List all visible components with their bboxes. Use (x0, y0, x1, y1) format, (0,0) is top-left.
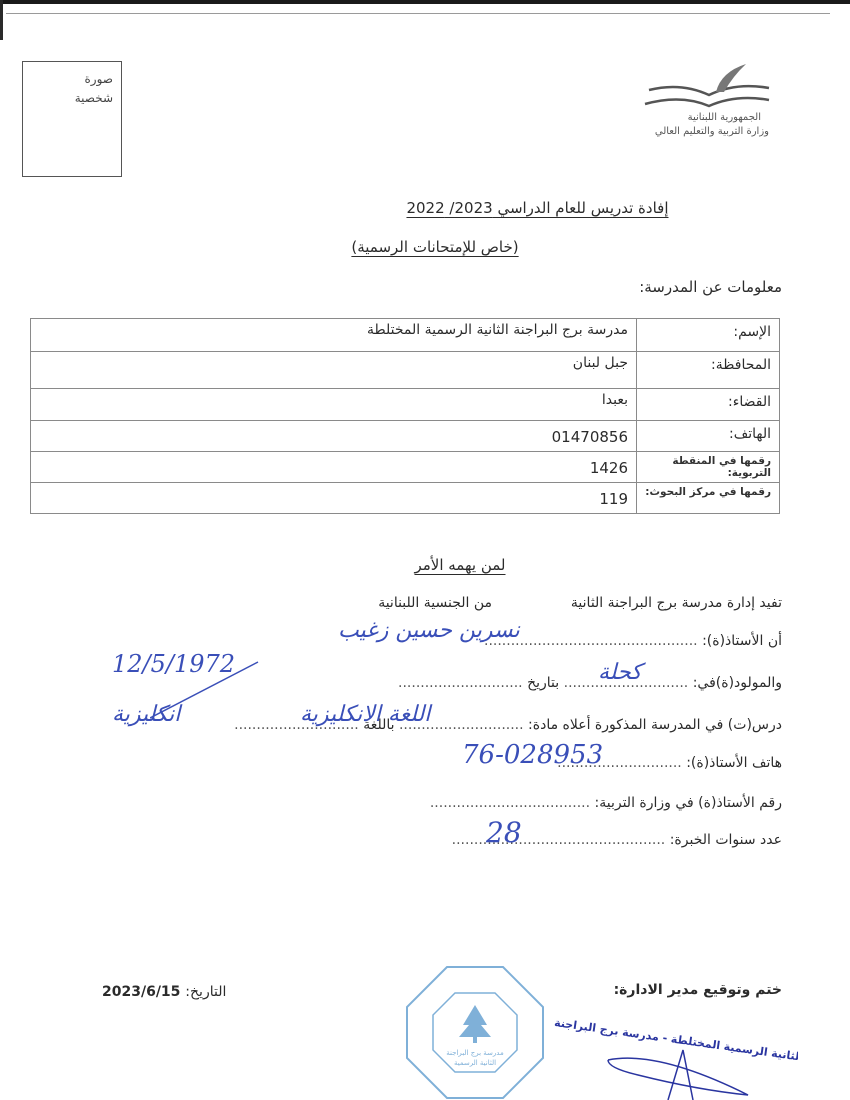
scan-edge-top (0, 0, 850, 4)
ministry-name-line1: الجمهورية اللبنانية (688, 112, 761, 123)
stamp-text: مدرسة برج البراجنة (446, 1049, 504, 1057)
language-handwritten: انكليزية (112, 702, 180, 727)
row-label: رقمها في مركز البحوث: (637, 483, 780, 514)
row-value: مدرسة برج البراجنة الثانية الرسمية المخت… (31, 319, 637, 352)
signature-label: ختم وتوقيع مدير الادارة: (614, 982, 782, 998)
row-value: 01470856 (31, 421, 637, 452)
row-value: بعبدا (31, 389, 637, 421)
birthplace-label: والمولود(ة)في: (693, 675, 782, 691)
ministry-logo: الجمهورية اللبنانية وزارة التربية والتعل… (635, 62, 795, 144)
photo-label-line1: صورة (75, 70, 113, 89)
subject-label: درس(ت) في المدرسة المذكورة أعلاه مادة: (528, 717, 782, 733)
birthdate-label: بتاريخ (527, 675, 559, 691)
open-book-icon (641, 62, 771, 110)
row-value: جبل لبنان (31, 352, 637, 389)
school-info-table: الإسم: مدرسة برج البراجنة الثانية الرسمي… (30, 318, 780, 514)
svg-text:الثانية الرسمية المختلطة - مدر: الثانية الرسمية المختلطة - مدرسة برج الب… (553, 1020, 798, 1065)
birth-line: والمولود(ة)في: .........................… (398, 675, 782, 691)
date-value: 2023/6/15 (102, 984, 180, 1000)
scan-edge-left (0, 0, 3, 40)
intro-line: تفيد إدارة مدرسة برج البراجنة الثانية من… (378, 595, 782, 611)
intro-suffix: من الجنسية اللبنانية (378, 595, 492, 611)
row-value: 1426 (31, 452, 637, 483)
teacher-label: أن الأستاذ(ة): (702, 633, 782, 649)
school-info-heading: معلومات عن المدرسة: (639, 278, 782, 296)
row-label: الهاتف: (637, 421, 780, 452)
document-subtitle-text: (خاص للإمتحانات الرسمية) (331, 238, 518, 256)
official-octagon-stamp: مدرسة برج البراجنة الثانية الرسمية (405, 965, 545, 1100)
teacher-name-line: أن الأستاذ(ة): .........................… (484, 633, 782, 649)
subject-handwritten: اللغة الانكليزية (300, 702, 430, 727)
row-label: المحافظة: (637, 352, 780, 389)
table-row: رقمها في المنقطة التربوية: 1426 (31, 452, 780, 483)
teacher-phone-handwritten: 76-028953 (462, 740, 603, 770)
photo-label-line2: شخصية (75, 89, 113, 108)
row-label: رقمها في المنقطة التربوية: (637, 452, 780, 483)
director-stamp-signature: الثانية الرسمية المختلطة - مدرسة برج الب… (548, 1020, 798, 1100)
table-row: القضاء: بعبدا (31, 389, 780, 421)
experience-handwritten: 28 (486, 816, 522, 849)
birthdate-dots: ............................ (398, 675, 523, 691)
document-title-text: إفادة تدريس للعام الدراسي 2023/ 2022 (181, 199, 668, 217)
row-label: القضاء: (637, 389, 780, 421)
svg-text:الثانية الرسمية: الثانية الرسمية (454, 1059, 496, 1067)
photo-placeholder-box: صورة شخصية (22, 61, 122, 177)
experience-dots: ........................................… (452, 832, 666, 848)
document-date: التاريخ: 2023/6/15 (102, 984, 226, 1000)
row-label: الإسم: (637, 319, 780, 352)
row-value: 119 (31, 483, 637, 514)
to-whom-heading-text: لمن يهمه الأمر (344, 556, 505, 574)
document-title: إفادة تدريس للعام الدراسي 2023/ 2022 (0, 199, 850, 217)
ministry-number-line: رقم الأستاذ(ة) في وزارة التربية: .......… (430, 795, 782, 811)
table-row: الإسم: مدرسة برج البراجنة الثانية الرسمي… (31, 319, 780, 352)
photo-box-label: صورة شخصية (75, 70, 113, 108)
birthplace-handwritten: كحلة (598, 660, 642, 685)
teacher-name-handwritten: نسرين حسين زغيب (338, 618, 520, 643)
document-subtitle: (خاص للإمتحانات الرسمية) (0, 238, 850, 256)
ministry-number-dots: .................................... (430, 795, 590, 811)
experience-label: عدد سنوات الخبرة: (670, 832, 782, 848)
table-row: الهاتف: 01470856 (31, 421, 780, 452)
date-label: التاريخ: (185, 984, 226, 1000)
intro-prefix: تفيد إدارة مدرسة برج البراجنة الثانية (571, 595, 782, 611)
scan-edge-line (6, 13, 830, 14)
to-whom-heading: لمن يهمه الأمر (0, 556, 850, 574)
ministry-number-label: رقم الأستاذ(ة) في وزارة التربية: (595, 795, 782, 811)
table-row: رقمها في مركز البحوث: 119 (31, 483, 780, 514)
teacher-phone-label: هاتف الأستاذ(ة): (686, 755, 782, 771)
ministry-name-line2: وزارة التربية والتعليم العالي (655, 126, 769, 137)
table-row: المحافظة: جبل لبنان (31, 352, 780, 389)
